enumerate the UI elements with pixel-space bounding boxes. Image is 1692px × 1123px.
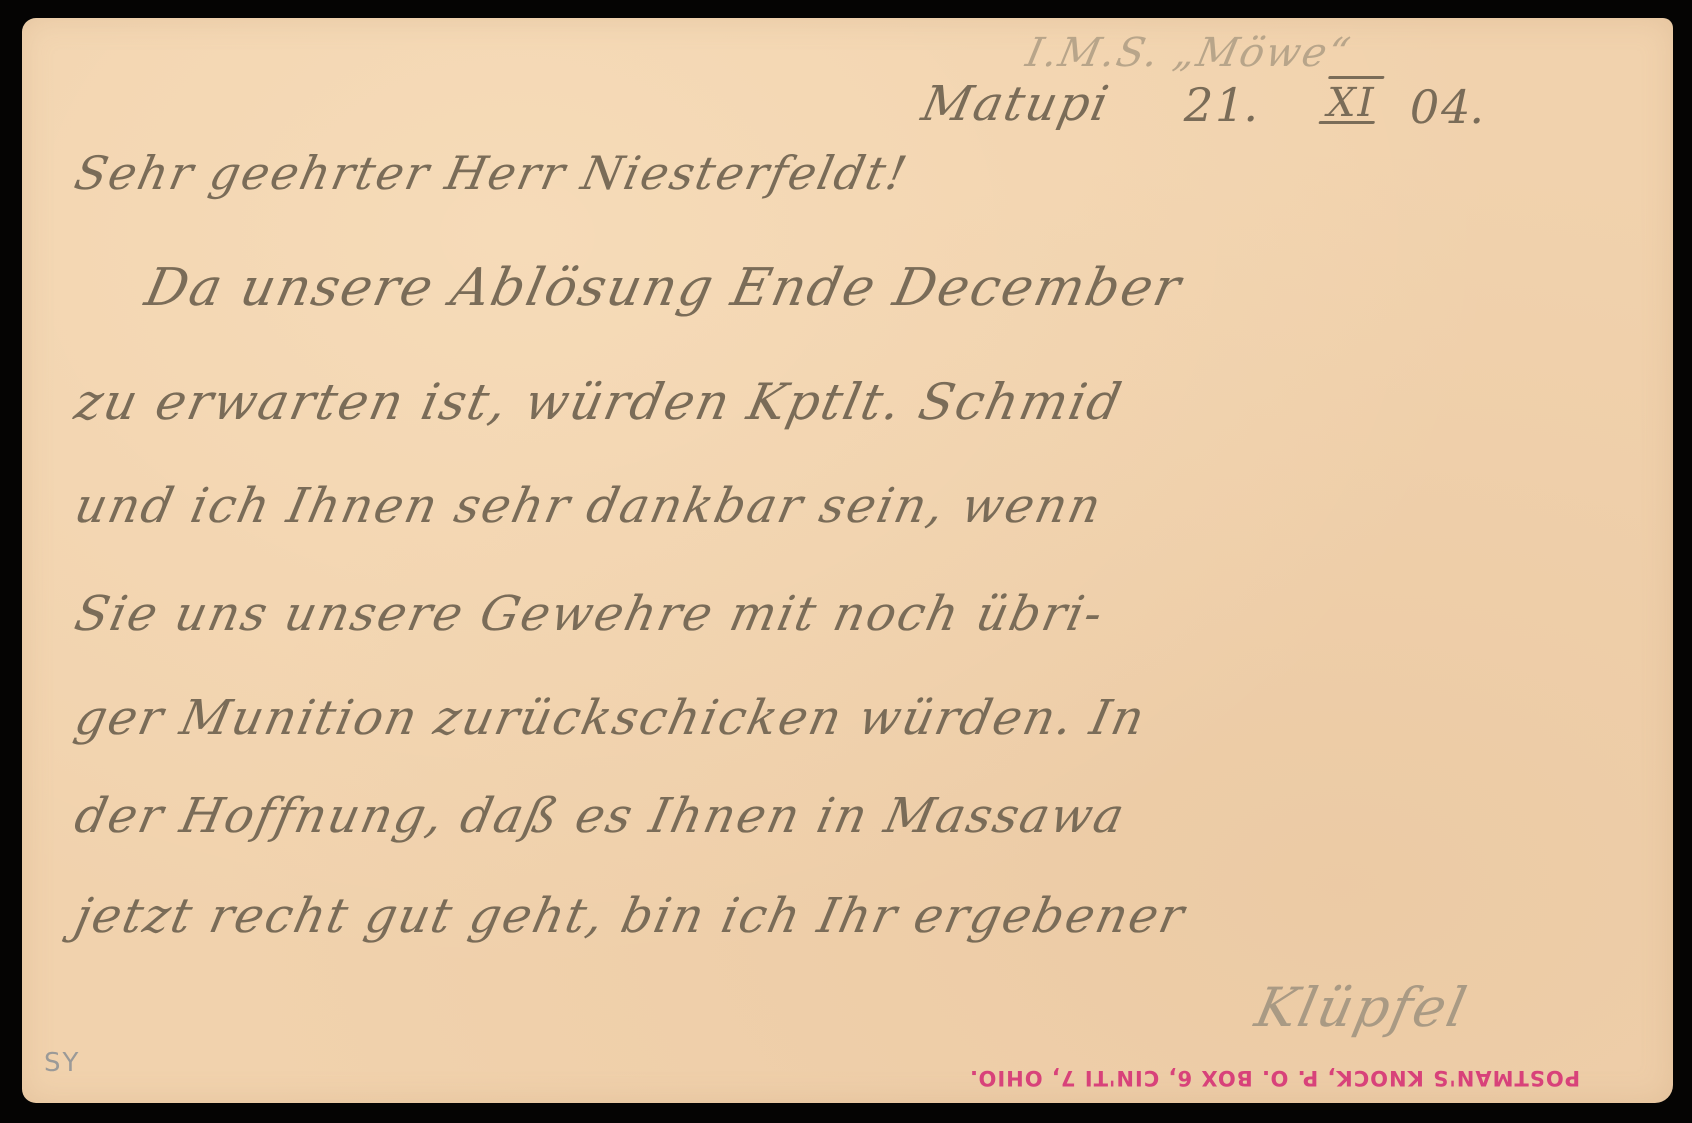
body-line: Sie uns unsere Gewehre mit noch übri- [70,586,1109,642]
pencil-note: SY [44,1048,80,1078]
date-day: 21. [1178,78,1269,132]
body-line: ger Munition zurückschicken würden. In [70,690,1151,746]
body-line: Da unsere Ablösung Ende December [140,258,1187,318]
salutation: Sehr geehrter Herr Niesterfeldt! [70,146,913,200]
signature: Klüpfel [1250,976,1474,1039]
body-line: und ich Ihnen sehr dankbar sein, wenn [70,478,1108,534]
place-name: Matupi [917,76,1115,132]
body-line: zu erwarten ist, würden Kptlt. Schmid [70,373,1128,431]
body-line: der Hoffnung, daß es Ihnen in Massawa [70,788,1131,844]
date-year: 04. [1404,80,1495,134]
date-month: XI [1322,80,1380,126]
postcard: I.M.S. „Möwe“ Matupi 21. XI 04. Sehr gee… [22,18,1673,1103]
ship-label: I.M.S. „Möwe“ [1022,30,1355,76]
date-month-roman: XI [1322,80,1380,126]
publisher-imprint: POSTMAN'S KNOCK, P. O. BOX 6, CIN'TI 7, … [969,1066,1580,1090]
body-line: jetzt recht gut geht, bin ich Ihr ergebe… [70,888,1191,944]
